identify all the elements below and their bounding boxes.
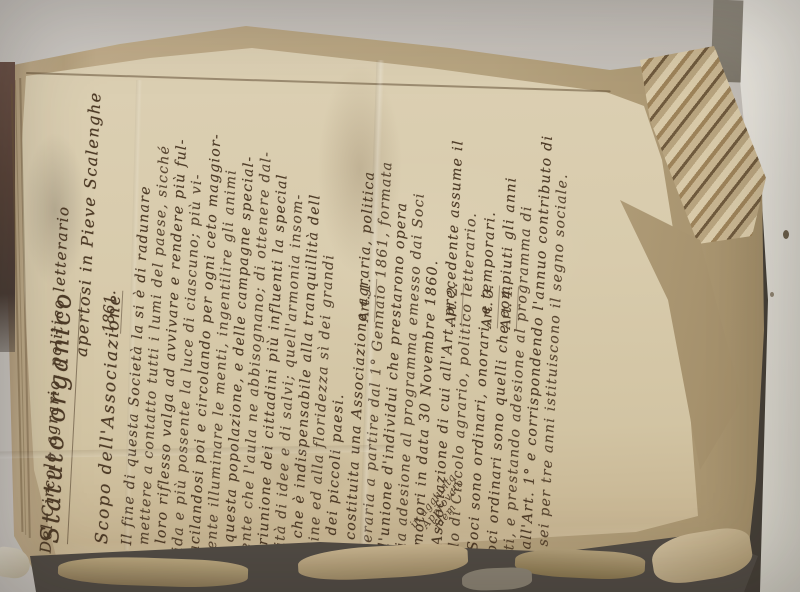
photo-vignette [0,0,800,592]
manuscript-photo: Statuto organico Del Circolo agrario, po… [0,0,800,592]
